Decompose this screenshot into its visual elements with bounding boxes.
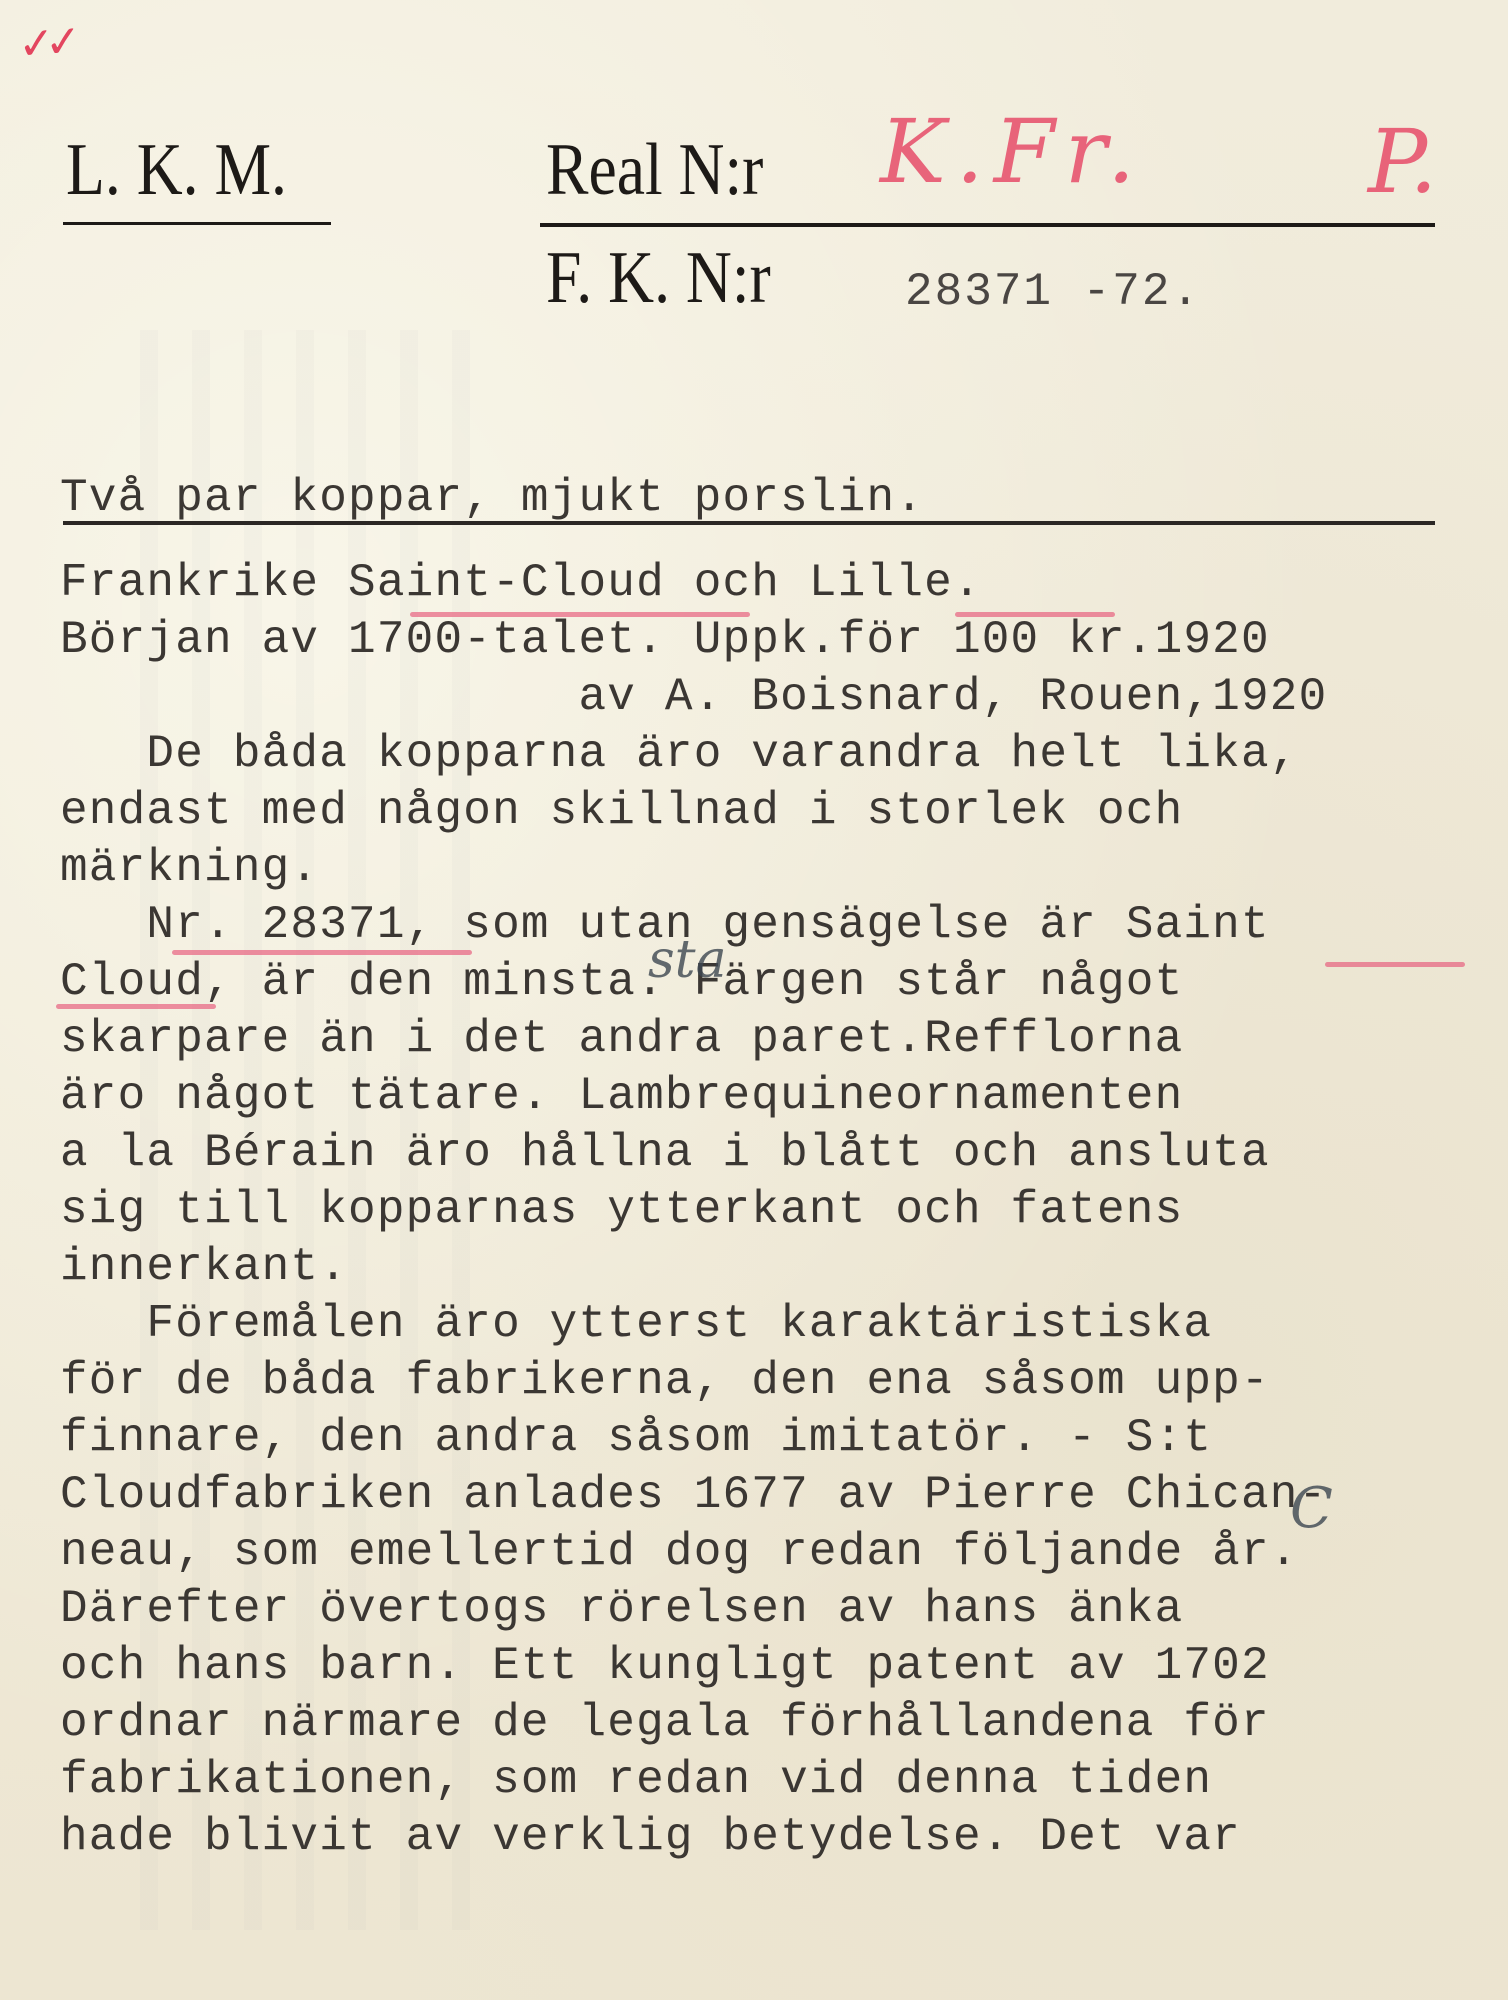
real-number-label: Real N:r (546, 128, 763, 213)
body-line: hade blivit av verklig betydelse. Det va… (60, 1809, 1327, 1866)
fk-number-label: F. K. N:r (546, 236, 771, 321)
red-underline (955, 612, 1115, 617)
body-line: Början av 1700-talet. Uppk.för 100 kr.19… (60, 612, 1327, 669)
red-underline (410, 612, 750, 617)
real-number-handwritten: K.Fr. (880, 100, 1145, 203)
red-underline (56, 1004, 216, 1009)
red-underline (172, 950, 472, 955)
body-line: Föremålen äro ytterst karaktäristiska (60, 1296, 1327, 1353)
body-line: De båda kopparna äro varandra helt lika, (60, 726, 1327, 783)
body-line: märkning. (60, 840, 1327, 897)
body-line: innerkant. (60, 1239, 1327, 1296)
body-line: ordnar närmare de legala förhållandena f… (60, 1695, 1327, 1752)
body-line: a la Bérain äro hållna i blått och anslu… (60, 1125, 1327, 1182)
body-line: Frankrike Saint-Cloud och Lille. (60, 555, 1327, 612)
body-line: endast med någon skillnad i storlek och (60, 783, 1327, 840)
museum-label: L. K. M. (66, 128, 287, 213)
fk-number-value: 28371 -72. (905, 266, 1201, 318)
body-line: och hans barn. Ett kungligt patent av 17… (60, 1638, 1327, 1695)
body-line: skarpare än i det andra paret.Refflorna (60, 1011, 1327, 1068)
handwritten-correction: sta (648, 930, 727, 990)
document-page: ✓✓ L. K. M. Real N:r K.Fr. P. F. K. N:r … (0, 0, 1508, 2000)
body-line: Cloudfabriken anlades 1677 av Pierre Chi… (60, 1467, 1327, 1524)
body-line: av A. Boisnard, Rouen,1920 (60, 669, 1327, 726)
body-line: finnare, den andra såsom imitatör. - S:t (60, 1410, 1327, 1467)
body-line: äro något tätare. Lambrequineornamenten (60, 1068, 1327, 1125)
real-number-handwritten-extra: P. (1368, 110, 1437, 213)
body-line: för de båda fabrikerna, den ena såsom up… (60, 1353, 1327, 1410)
document-title: Två par koppar, mjukt porslin. (60, 470, 924, 527)
red-underline (1325, 962, 1465, 967)
body-line: Därefter övertogs rörelsen av hans änka (60, 1581, 1327, 1638)
museum-label-rule (63, 222, 331, 225)
body-line: fabrikationen, som redan vid denna tiden (60, 1752, 1327, 1809)
real-number-rule (540, 223, 1435, 227)
red-checkmarks-icon: ✓✓ (16, 16, 73, 71)
handwritten-correction: C (1290, 1476, 1333, 1541)
body-line: neau, som emellertid dog redan följande … (60, 1524, 1327, 1581)
body-line: sig till kopparnas ytterkant och fatens (60, 1182, 1327, 1239)
title-rule (63, 521, 1435, 525)
document-body: Frankrike Saint-Cloud och Lille.Början a… (60, 555, 1327, 1866)
